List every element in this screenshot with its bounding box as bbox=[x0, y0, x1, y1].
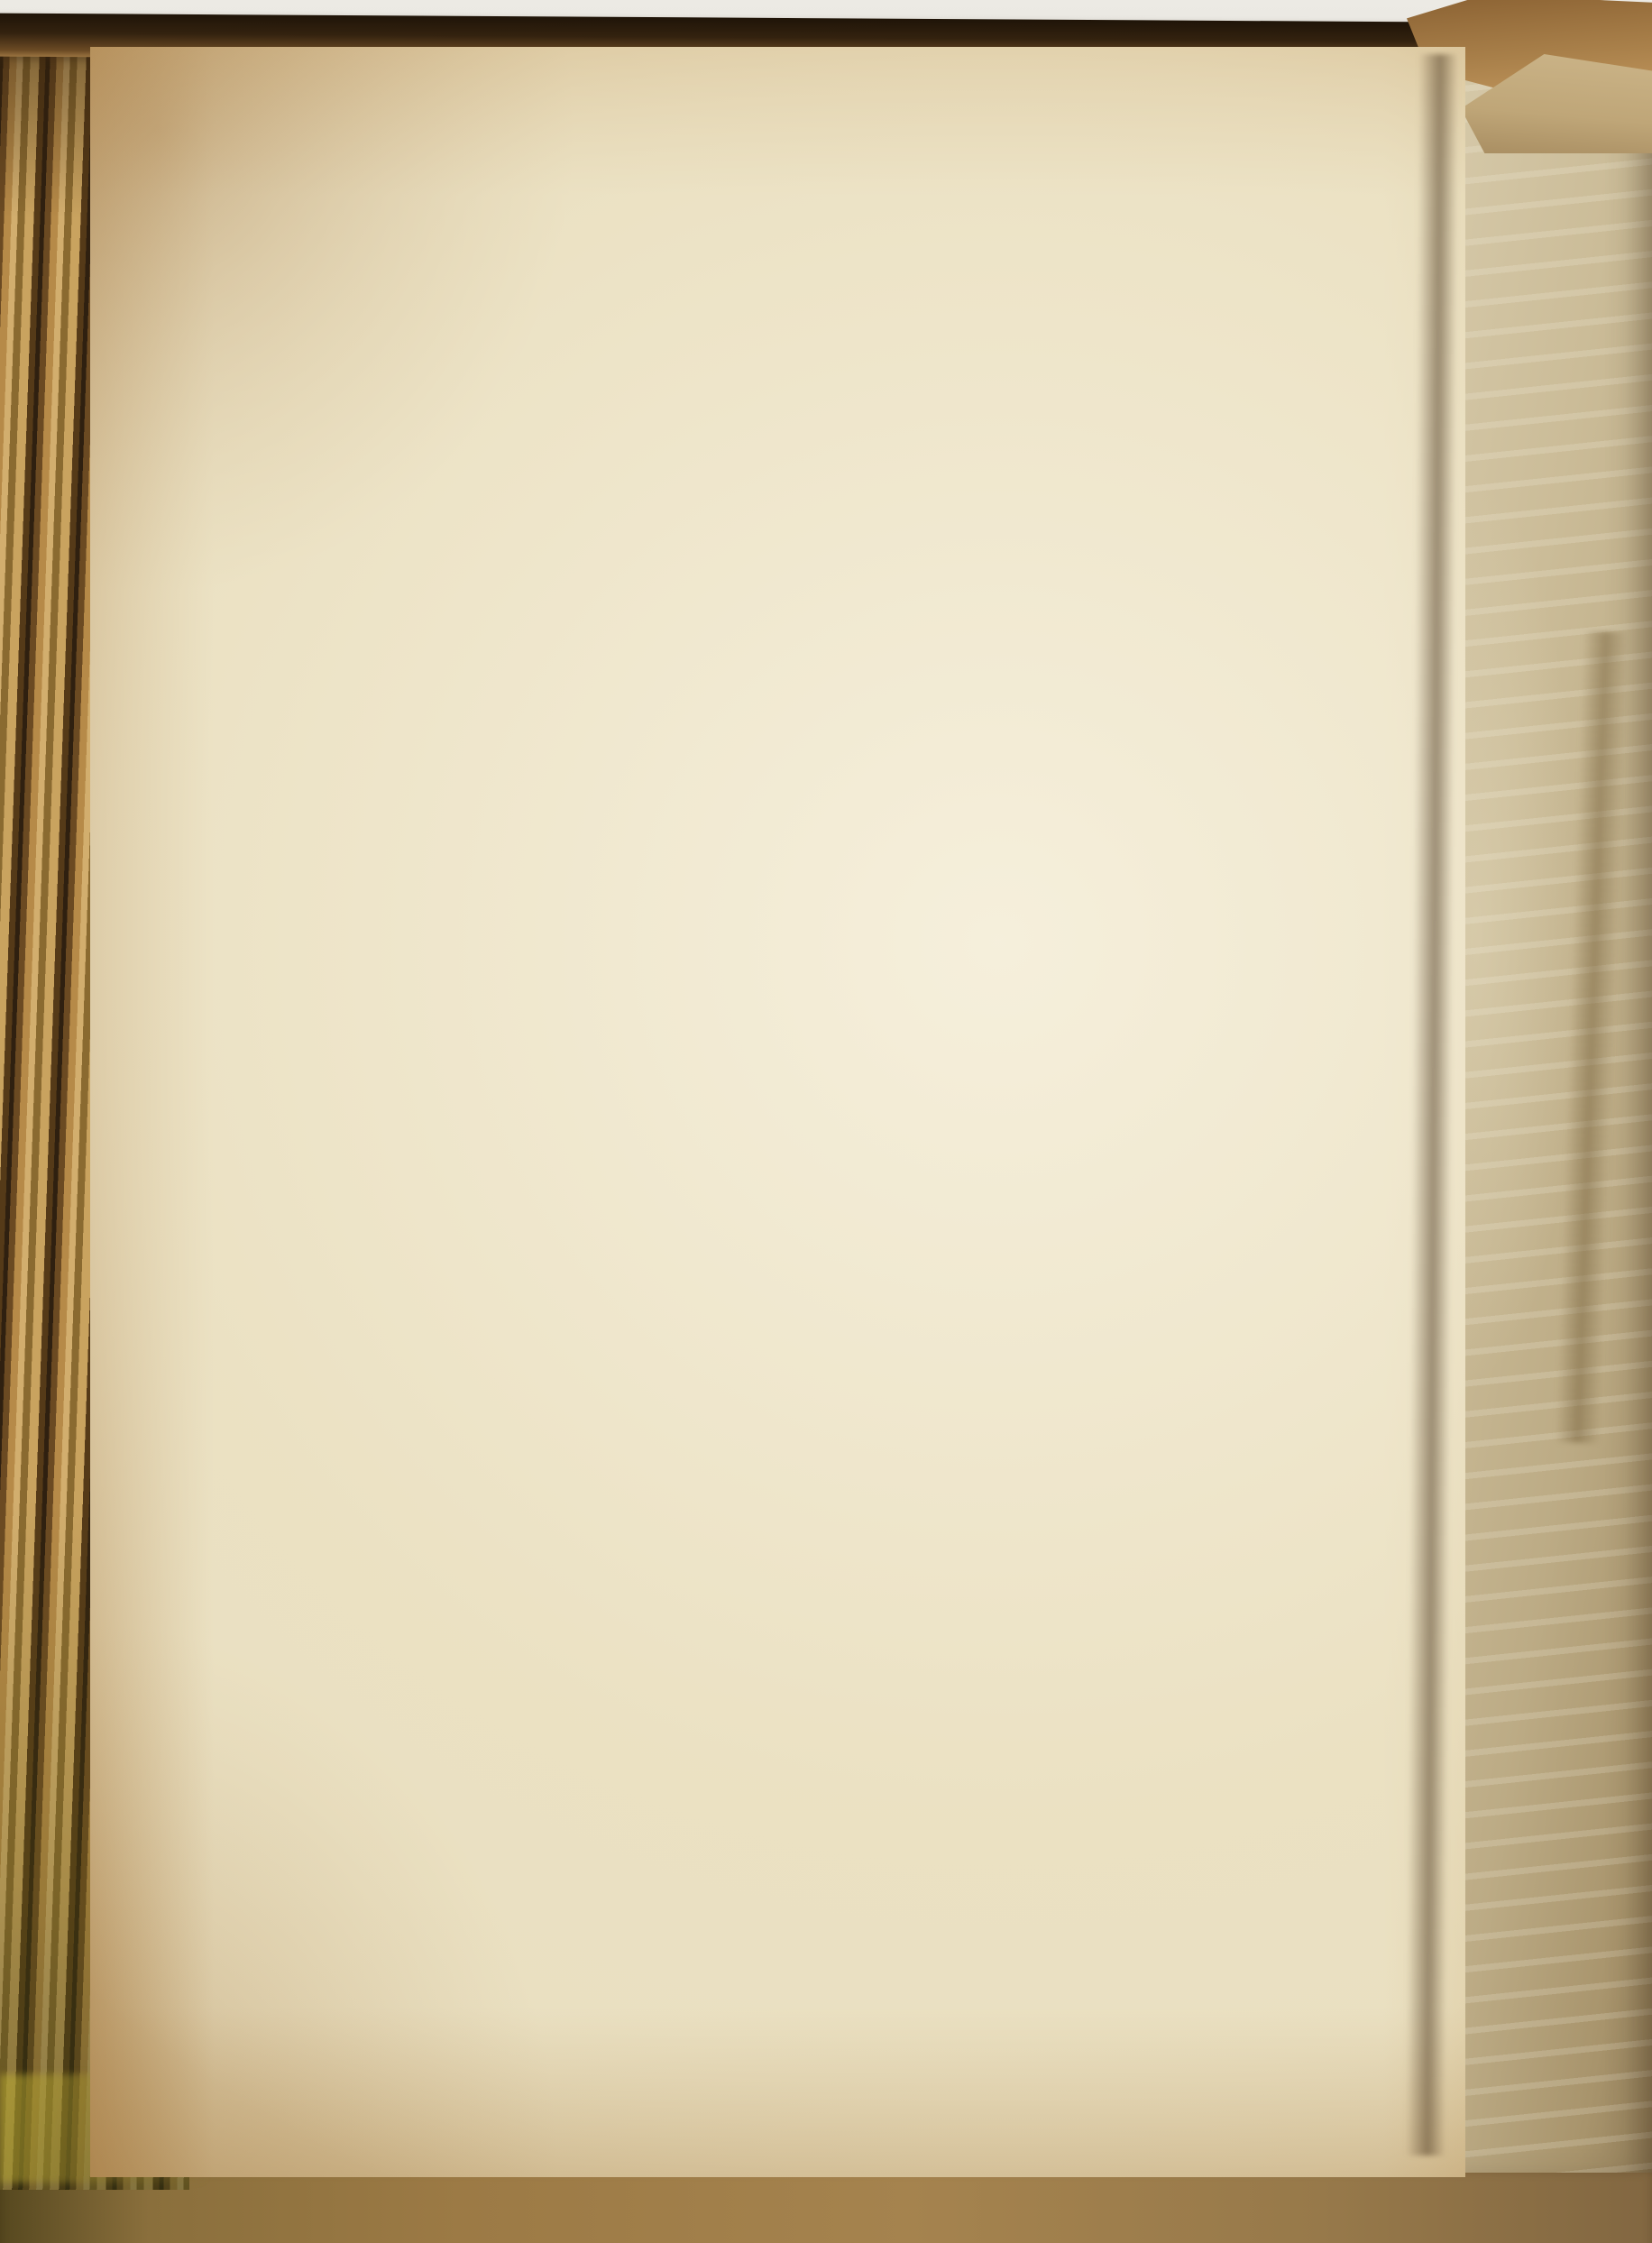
parchment-page bbox=[90, 47, 1465, 2177]
manuscript-photo: Tunc maxentiusamēs effect' rugitum terri… bbox=[0, 0, 1652, 2243]
